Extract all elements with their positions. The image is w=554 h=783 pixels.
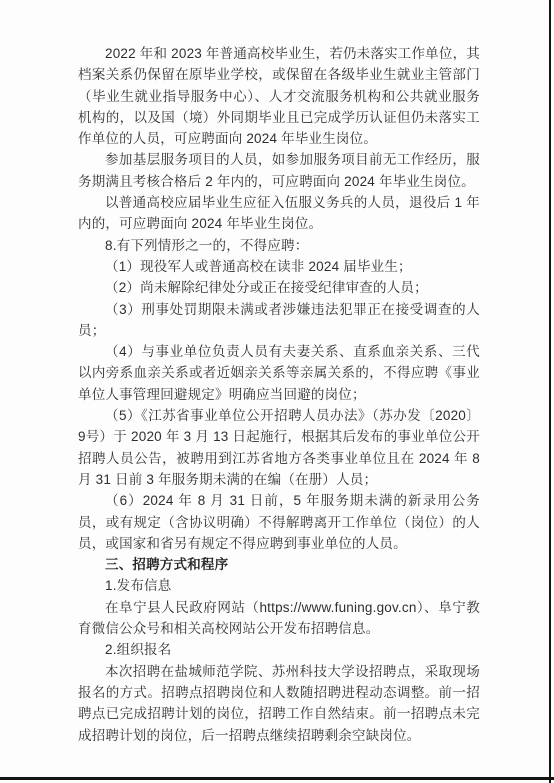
paragraph-grassroots-service: 参加基层服务项目的人员，如参加服务项目前无工作经历，服务期满且考核合格后 2 年… xyxy=(78,149,480,192)
clause-5-jiangsu-service-period: （5）《江苏省事业单位公开招聘人员办法》（苏办发〔2020〕9号）于 2020 … xyxy=(78,405,480,490)
paragraph-unemployed-graduates: 2022 年和 2023 年普通高校毕业生，若仍未落实工作单位，其档案关系仍保留… xyxy=(78,43,480,149)
document-page: 2022 年和 2023 年普通高校毕业生，若仍未落实工作单位，其档案关系仍保留… xyxy=(0,0,554,783)
document-body-text: 2022 年和 2023 年普通高校毕业生，若仍未落实工作单位，其档案关系仍保留… xyxy=(78,43,480,746)
subheading-organize-registration: 2.组织报名 xyxy=(78,639,480,660)
subheading-publish-info: 1.发布信息 xyxy=(78,575,480,596)
clause-1-active-military: （1）现役军人或普通高校在读非 2024 届毕业生； xyxy=(78,256,480,277)
scan-edge-right-line xyxy=(549,0,551,783)
section-heading-recruitment-method: 三、招聘方式和程序 xyxy=(78,554,480,575)
paragraph-registration-sites: 本次招聘在盐城师范学院、苏州科技大学设招聘点，采取现场报名的方式。招聘点招聘岗位… xyxy=(78,661,480,746)
clause-3-criminal-investigation: （3）刑事处罚期限未满或者涉嫌违法犯罪正在接受调查的人员； xyxy=(78,299,480,342)
clause-4-kinship-avoidance: （4）与事业单位负责人员有夫妻关系、直系血亲关系、三代以内旁系血亲关系或者近姻亲… xyxy=(78,341,480,405)
paragraph-publish-channels: 在阜宁县人民政府网站（https://www.funing.gov.cn）、阜宁… xyxy=(78,597,480,640)
clause-6-civil-servants: （6）2024 年 8 月 31 日前，5 年服务期未满的新录用公务员，或有规定… xyxy=(78,490,480,554)
paragraph-veterans: 以普通高校应届毕业生应征入伍服义务兵的人员，退役后 1 年内的，可应聘面向 20… xyxy=(78,192,480,235)
clause-2-disciplinary: （2）尚未解除纪律处分或正在接受纪律审查的人员； xyxy=(78,277,480,298)
clause-intro-ineligible: 8.有下列情形之一的，不得应聘： xyxy=(78,235,480,256)
scan-edge-bottom-line xyxy=(0,777,554,780)
